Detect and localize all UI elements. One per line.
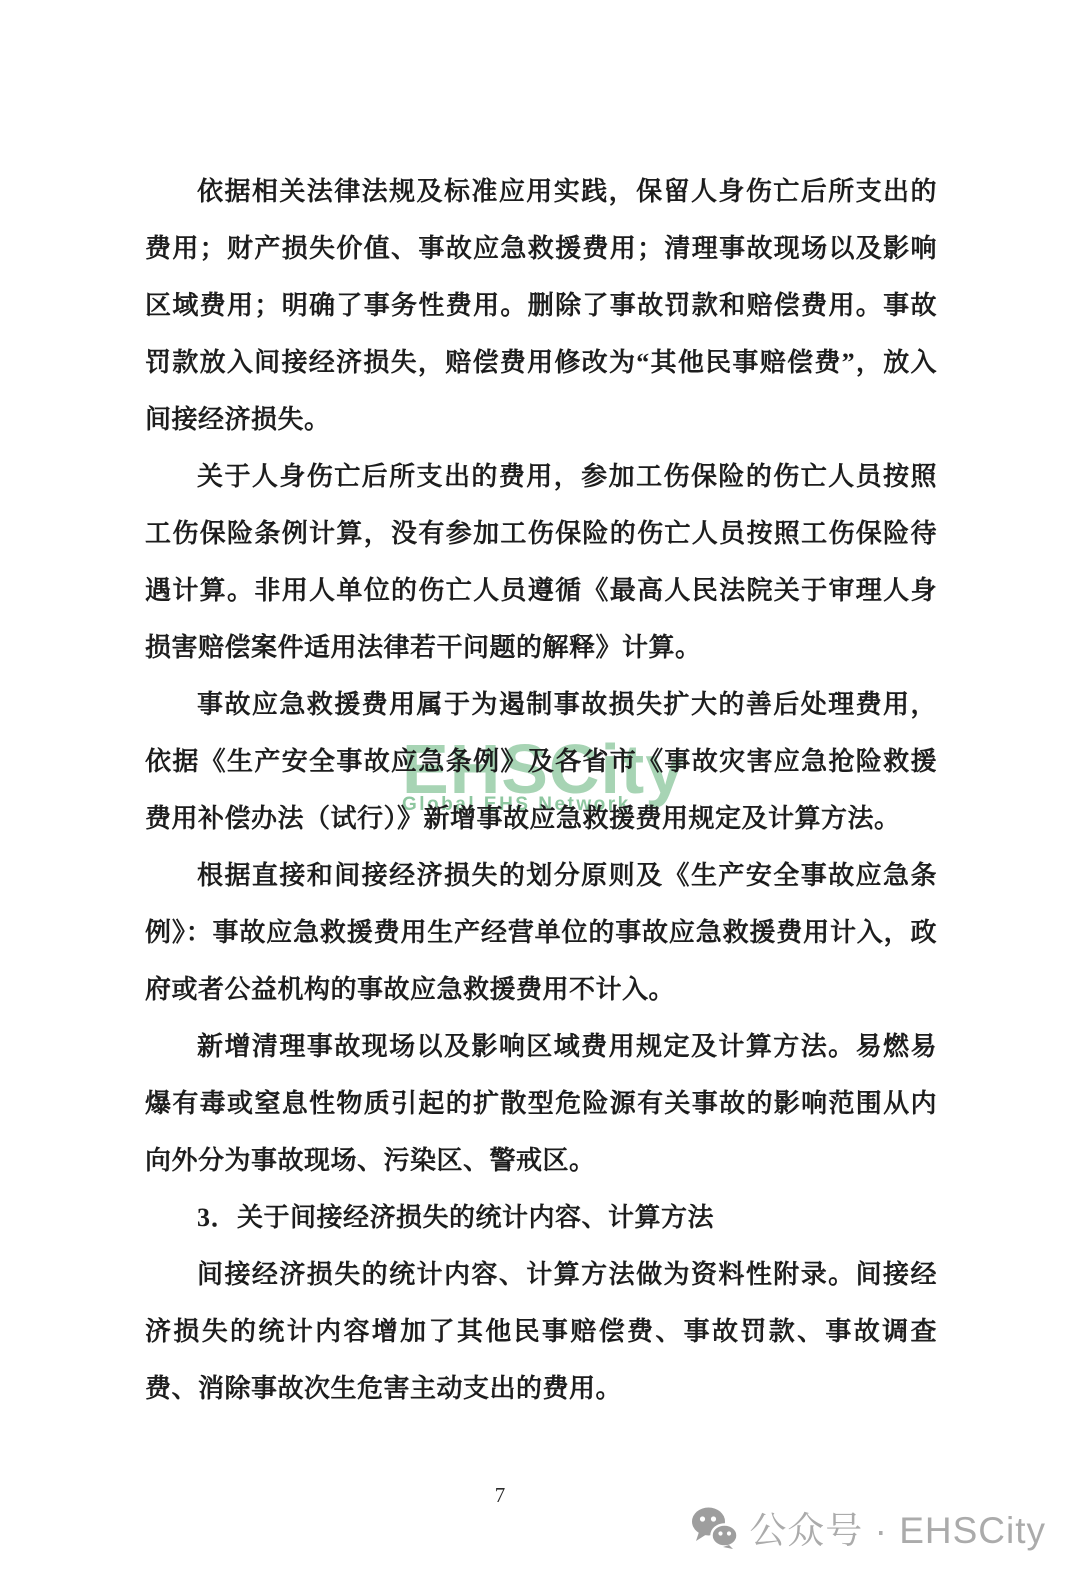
paragraph: 新增清理事故现场以及影响区域费用规定及计算方法。易燃易爆有毒或窒息性物质引起的扩… [145,1018,937,1189]
section-heading: 3．关于间接经济损失的统计内容、计算方法 [145,1189,937,1246]
paragraph: 关于人身伤亡后所支出的费用，参加工伤保险的伤亡人员按照工伤保险条例计算，没有参加… [145,448,937,676]
wechat-label: 公众号 · EHSCity [749,1500,1046,1554]
wechat-banner: 公众号 · EHSCity [691,1500,1046,1554]
paragraph: 事故应急救援费用属于为遏制事故损失扩大的善后处理费用，依据《生产安全事故应急条例… [145,676,937,847]
paragraph: 依据相关法律法规及标准应用实践，保留人身伤亡后所支出的费用；财产损失价值、事故应… [145,163,937,448]
wechat-icon [691,1506,738,1549]
paragraph: 间接经济损失的统计内容、计算方法做为资料性附录。间接经济损失的统计内容增加了其他… [145,1246,937,1417]
document-page: EHSCity Global EHS Network 依据相关法律法规及标准应用… [0,0,1080,1573]
paragraph: 根据直接和间接经济损失的划分原则及《生产安全事故应急条例》：事故应急救援费用生产… [145,847,937,1018]
document-body: 依据相关法律法规及标准应用实践，保留人身伤亡后所支出的费用；财产损失价值、事故应… [145,163,937,1417]
